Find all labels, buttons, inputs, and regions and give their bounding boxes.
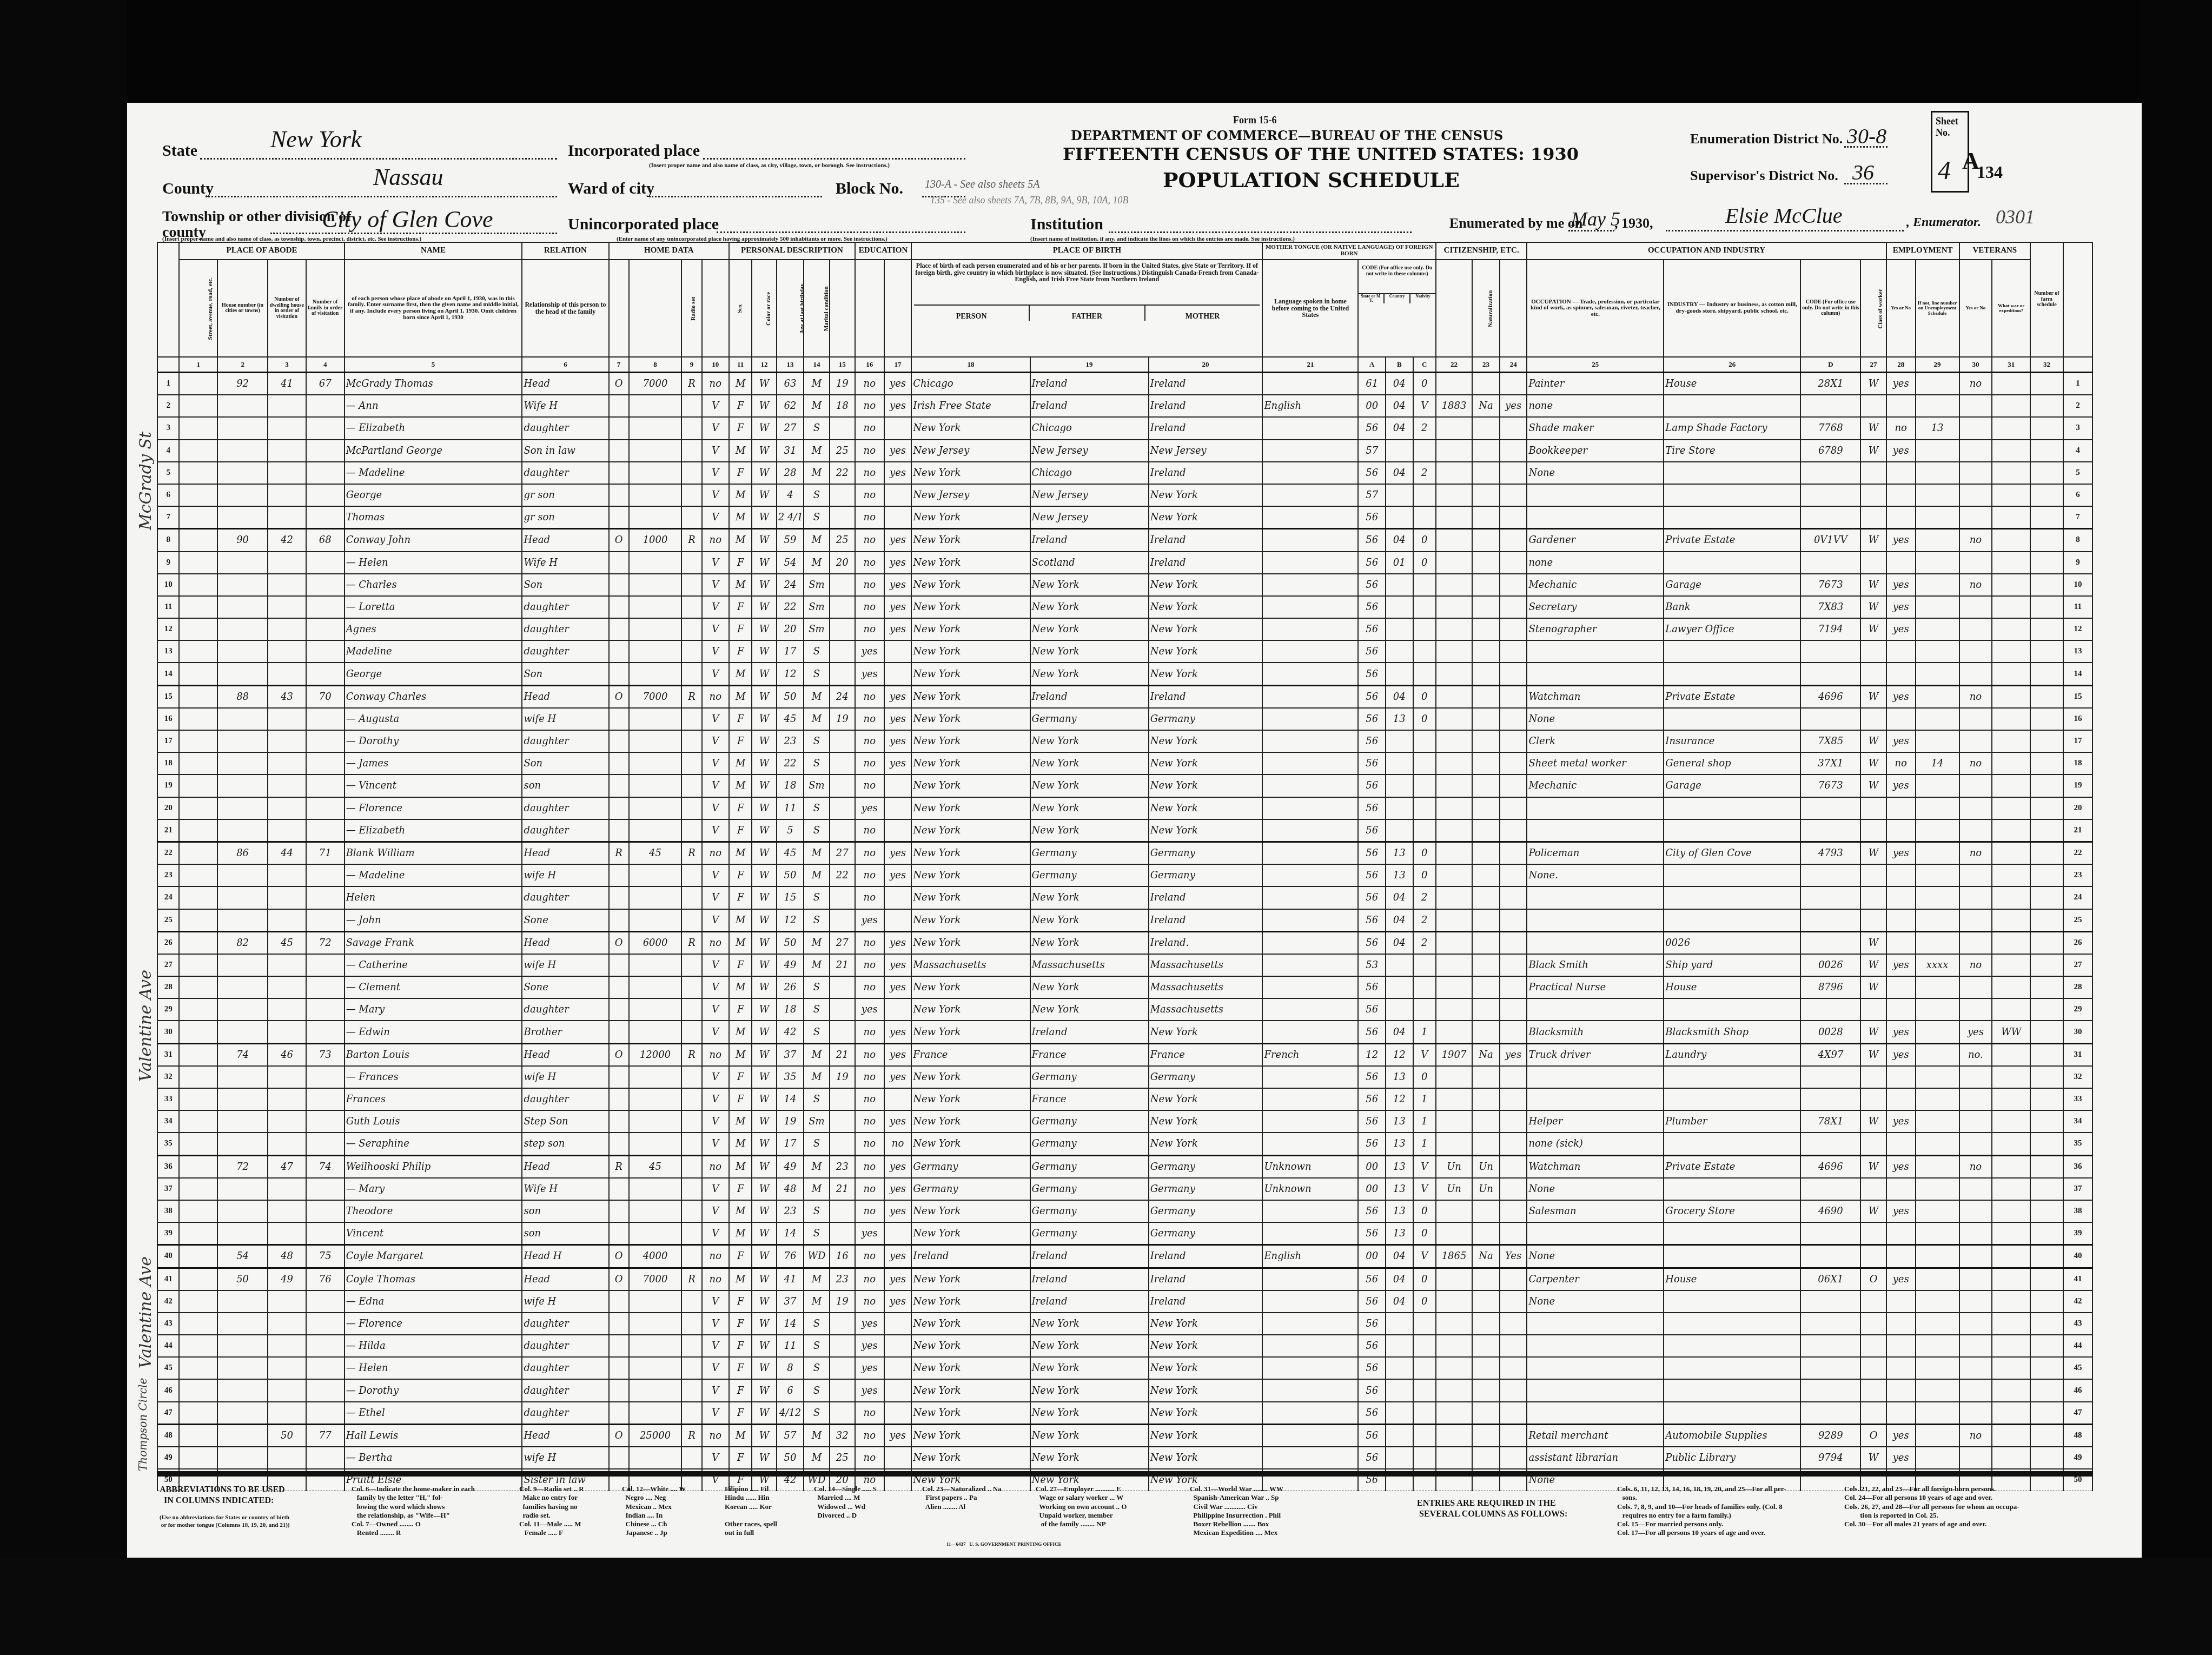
code-a-cell: 56 bbox=[1358, 552, 1386, 574]
war-cell bbox=[1992, 618, 2030, 640]
industry-cell bbox=[1664, 1066, 1800, 1088]
family-number-cell bbox=[306, 1357, 345, 1379]
line-number-right: 49 bbox=[2063, 1447, 2092, 1469]
race-cell: W bbox=[752, 819, 777, 842]
farm-cell: no bbox=[702, 1155, 730, 1178]
farm-cell: V bbox=[702, 708, 730, 730]
sex-cell: F bbox=[729, 797, 752, 819]
line-number: 39 bbox=[157, 1222, 179, 1245]
line-number: 36 bbox=[157, 1155, 179, 1178]
col-house-header: House number (in cities or towns) bbox=[217, 260, 268, 357]
birthplace-mother-cell: New York bbox=[1149, 774, 1263, 797]
speaks-english-cell bbox=[1500, 552, 1527, 574]
age-cell: 41 bbox=[777, 1268, 804, 1290]
farm-schedule-cell bbox=[2030, 484, 2063, 506]
code-a-cell: 56 bbox=[1358, 640, 1386, 663]
abbrev-col23: Col. 23—Naturalized .. Na First papers .… bbox=[922, 1485, 1002, 1511]
relation-cell: son bbox=[522, 774, 608, 797]
speaks-english-cell bbox=[1500, 1178, 1527, 1200]
owned-rented-cell: O bbox=[609, 1424, 629, 1447]
sex-cell: F bbox=[729, 998, 752, 1021]
industry-code-cell bbox=[1800, 819, 1860, 842]
column-number-row: 1 2 3 4 5 6 7 8 9 10 11 12 13 14 15 16 1… bbox=[157, 357, 2092, 373]
war-cell bbox=[1992, 1313, 2030, 1335]
home-value-cell: 7000 bbox=[629, 685, 682, 708]
sex-cell: F bbox=[729, 1335, 752, 1357]
naturalization-cell bbox=[1472, 373, 1500, 395]
census-title: FIFTEENTH CENSUS OF THE UNITED STATES: 1… bbox=[1063, 144, 1579, 164]
street-cell bbox=[179, 618, 217, 640]
house-number-cell: 54 bbox=[217, 1245, 268, 1268]
relation-cell: Wife H bbox=[522, 1178, 608, 1200]
speaks-english-cell bbox=[1500, 1402, 1527, 1425]
naturalization-cell bbox=[1472, 797, 1500, 819]
house-number-cell bbox=[217, 417, 268, 439]
code-b-cell: 04 bbox=[1386, 417, 1413, 439]
sex-cell: M bbox=[729, 1110, 752, 1133]
radio-cell bbox=[681, 1313, 701, 1335]
occupation-cell bbox=[1527, 909, 1664, 932]
occupation-cell: Mechanic bbox=[1527, 774, 1664, 797]
family-number-cell bbox=[306, 1313, 345, 1335]
industry-code-cell: 7X85 bbox=[1800, 730, 1860, 752]
marital-cell: S bbox=[804, 1133, 829, 1155]
mother-tongue-cell: English bbox=[1262, 1245, 1358, 1268]
industry-code-cell bbox=[1800, 1379, 1860, 1401]
owned-rented-cell: O bbox=[609, 1245, 629, 1268]
birthplace-mother-cell: Germany bbox=[1149, 842, 1263, 864]
school-cell: no bbox=[855, 1402, 884, 1425]
home-value-cell bbox=[629, 819, 682, 842]
read-write-cell bbox=[884, 1402, 912, 1425]
birthplace-father-cell: New York bbox=[1030, 1335, 1149, 1357]
owned-rented-cell bbox=[609, 1066, 629, 1088]
owned-rented-cell bbox=[609, 976, 629, 998]
relation-cell: step son bbox=[522, 1133, 608, 1155]
sex-cell: F bbox=[729, 618, 752, 640]
farm-schedule-cell bbox=[2030, 1357, 2063, 1379]
colnum: 15 bbox=[830, 357, 855, 373]
at-work-cell: yes bbox=[1886, 1200, 1916, 1222]
immigration-year-cell bbox=[1436, 417, 1472, 439]
birthplace-person-cell: New York bbox=[911, 1222, 1030, 1245]
at-work-cell bbox=[1886, 976, 1916, 998]
industry-code-cell: 6789 bbox=[1800, 440, 1860, 462]
farm-schedule-cell bbox=[2030, 976, 2063, 998]
read-write-cell: yes bbox=[884, 954, 912, 976]
read-write-cell: yes bbox=[884, 864, 912, 886]
line-number-right: 13 bbox=[2063, 640, 2092, 663]
age-cell: 4/12 bbox=[777, 1402, 804, 1425]
birthplace-mother-cell: New York bbox=[1149, 574, 1263, 596]
at-work-cell bbox=[1886, 1088, 1916, 1110]
line-number: 32 bbox=[157, 1066, 179, 1088]
age-cell: 50 bbox=[777, 1447, 804, 1469]
unemployment-line-cell bbox=[1916, 864, 1959, 886]
birthplace-person-cell: New York bbox=[911, 842, 1030, 864]
name-cell: Thomas bbox=[345, 506, 522, 529]
owned-rented-cell: O bbox=[609, 373, 629, 395]
age-cell: 12 bbox=[777, 663, 804, 685]
code-c-cell bbox=[1413, 1447, 1436, 1469]
home-value-cell bbox=[629, 954, 682, 976]
age-cell: 76 bbox=[777, 1245, 804, 1268]
speaks-english-cell bbox=[1500, 1088, 1527, 1110]
farm-cell: V bbox=[702, 1110, 730, 1133]
radio-cell bbox=[681, 574, 701, 596]
unemployment-line-cell bbox=[1916, 640, 1959, 663]
speaks-english-cell bbox=[1500, 417, 1527, 439]
speaks-english-cell bbox=[1500, 1155, 1527, 1178]
school-cell: no bbox=[855, 440, 884, 462]
unemployment-line-cell bbox=[1916, 552, 1959, 574]
occupation-cell bbox=[1527, 797, 1664, 819]
birthplace-father-cell: Scotland bbox=[1030, 552, 1149, 574]
occupation-cell: Practical Nurse bbox=[1527, 976, 1664, 998]
occupation-cell bbox=[1527, 506, 1664, 529]
farm-schedule-cell bbox=[2030, 998, 2063, 1021]
industry-cell: Ship yard bbox=[1664, 954, 1800, 976]
at-work-cell bbox=[1886, 1222, 1916, 1245]
age-first-marriage-cell: 21 bbox=[830, 954, 855, 976]
family-number-cell bbox=[306, 395, 345, 417]
read-write-cell: yes bbox=[884, 440, 912, 462]
radio-cell bbox=[681, 1133, 701, 1155]
scan-border-top bbox=[0, 0, 2212, 103]
name-cell: — Elizabeth bbox=[345, 819, 522, 842]
home-value-cell bbox=[629, 730, 682, 752]
code-b-cell bbox=[1386, 1379, 1413, 1401]
war-cell bbox=[1992, 1335, 2030, 1357]
war-cell bbox=[1992, 819, 2030, 842]
table-bottom-rule bbox=[157, 1471, 2093, 1477]
family-number-cell bbox=[306, 440, 345, 462]
read-write-cell: yes bbox=[884, 529, 912, 552]
naturalization-cell: Un bbox=[1472, 1155, 1500, 1178]
line-number-right: 33 bbox=[2063, 1088, 2092, 1110]
birthplace-person-cell: New York bbox=[911, 909, 1030, 932]
school-cell: no bbox=[855, 1424, 884, 1447]
unemployment-line-cell bbox=[1916, 842, 1959, 864]
owned-rented-cell bbox=[609, 954, 629, 976]
birthplace-mother-cell: New York bbox=[1149, 752, 1263, 774]
war-cell: WW bbox=[1992, 1021, 2030, 1043]
house-number-cell bbox=[217, 1200, 268, 1222]
sex-cell: M bbox=[729, 685, 752, 708]
industry-code-cell bbox=[1800, 395, 1860, 417]
county-value: Nassau bbox=[373, 163, 443, 191]
war-cell bbox=[1992, 774, 2030, 797]
industry-code-cell: 4X97 bbox=[1800, 1043, 1860, 1066]
radio-cell bbox=[681, 1088, 701, 1110]
unemployment-line-cell bbox=[1916, 819, 1959, 842]
owned-rented-cell bbox=[609, 1290, 629, 1313]
home-value-cell bbox=[629, 909, 682, 932]
enumerated-year: , 1930, bbox=[1614, 215, 1653, 231]
sex-cell: M bbox=[729, 1043, 752, 1066]
code-c-cell bbox=[1413, 640, 1436, 663]
industry-cell bbox=[1664, 1088, 1800, 1110]
occupation-cell: none bbox=[1527, 552, 1664, 574]
house-number-cell bbox=[217, 976, 268, 998]
age-first-marriage-cell: 16 bbox=[830, 1245, 855, 1268]
age-cell: 14 bbox=[777, 1088, 804, 1110]
race-cell: W bbox=[752, 440, 777, 462]
war-cell bbox=[1992, 864, 2030, 886]
street-cell bbox=[179, 886, 217, 909]
veteran-cell bbox=[1959, 462, 1992, 484]
class-of-worker-cell bbox=[1860, 1222, 1886, 1245]
school-cell: no bbox=[855, 1021, 884, 1043]
birthplace-person-cell: New York bbox=[911, 1110, 1030, 1133]
occupation-industry-header: OCCUPATION AND INDUSTRY bbox=[1527, 242, 1886, 260]
immigration-year-cell bbox=[1436, 730, 1472, 752]
veteran-cell bbox=[1959, 1110, 1992, 1133]
sex-cell: F bbox=[729, 864, 752, 886]
table-row: 485077Hall LewisHeadO25000RnoMW57M32noye… bbox=[157, 1424, 2092, 1447]
line-number-right: 18 bbox=[2063, 752, 2092, 774]
owned-rented-cell bbox=[609, 1379, 629, 1401]
dwelling-number-cell bbox=[268, 395, 306, 417]
birthplace-father-cell: New York bbox=[1030, 1447, 1149, 1469]
age-cell: 11 bbox=[777, 797, 804, 819]
read-write-cell: yes bbox=[884, 1066, 912, 1088]
birthplace-person-cell: Massachusetts bbox=[911, 954, 1030, 976]
line-number-right: 14 bbox=[2063, 663, 2092, 685]
col-war-header: What war or expedition? bbox=[1992, 260, 2030, 357]
industry-code-cell: 78X1 bbox=[1800, 1110, 1860, 1133]
industry-cell bbox=[1664, 998, 1800, 1021]
line-number: 3 bbox=[157, 417, 179, 439]
unemployment-line-cell bbox=[1916, 1424, 1959, 1447]
name-cell: McGrady Thomas bbox=[345, 373, 522, 395]
immigration-year-cell bbox=[1436, 1290, 1472, 1313]
occupation-cell: assistant librarian bbox=[1527, 1447, 1664, 1469]
birthplace-person-cell: New York bbox=[911, 1200, 1030, 1222]
marital-cell: M bbox=[804, 1447, 829, 1469]
industry-code-cell bbox=[1800, 931, 1860, 954]
farm-schedule-cell bbox=[2030, 1245, 2063, 1268]
speaks-english-cell bbox=[1500, 730, 1527, 752]
class-of-worker-cell bbox=[1860, 1178, 1886, 1200]
school-cell: no bbox=[855, 976, 884, 998]
age-cell: 12 bbox=[777, 909, 804, 932]
farm-cell: V bbox=[702, 506, 730, 529]
street-cell bbox=[179, 1313, 217, 1335]
marital-cell: S bbox=[804, 640, 829, 663]
name-cell: Hall Lewis bbox=[345, 1424, 522, 1447]
owned-rented-cell bbox=[609, 819, 629, 842]
house-number-cell: 82 bbox=[217, 931, 268, 954]
age-first-marriage-cell: 25 bbox=[830, 1447, 855, 1469]
house-number-cell: 90 bbox=[217, 529, 268, 552]
farm-schedule-cell bbox=[2030, 1447, 2063, 1469]
age-cell: 18 bbox=[777, 774, 804, 797]
age-first-marriage-cell: 22 bbox=[830, 462, 855, 484]
occupation-cell bbox=[1527, 1379, 1664, 1401]
code-c-cell: 0 bbox=[1413, 842, 1436, 864]
veteran-cell: no bbox=[1959, 842, 1992, 864]
school-cell: no bbox=[855, 708, 884, 730]
sex-cell: F bbox=[729, 1245, 752, 1268]
family-number-cell: 73 bbox=[306, 1043, 345, 1066]
industry-cell bbox=[1664, 1402, 1800, 1425]
school-cell: no bbox=[855, 1110, 884, 1133]
home-value-cell bbox=[629, 640, 682, 663]
industry-code-cell bbox=[1800, 484, 1860, 506]
home-value-cell bbox=[629, 1178, 682, 1200]
home-value-cell bbox=[629, 752, 682, 774]
family-number-cell: 71 bbox=[306, 842, 345, 864]
naturalization-cell: Un bbox=[1472, 1178, 1500, 1200]
state-line bbox=[200, 158, 557, 160]
immigration-year-cell bbox=[1436, 506, 1472, 529]
farm-cell: no bbox=[702, 1043, 730, 1066]
war-cell bbox=[1992, 1133, 2030, 1155]
radio-cell bbox=[681, 1402, 701, 1425]
family-number-cell bbox=[306, 1021, 345, 1043]
col-code-b-header: Country bbox=[1383, 294, 1409, 303]
immigration-year-cell bbox=[1436, 797, 1472, 819]
veteran-cell bbox=[1959, 484, 1992, 506]
class-of-worker-cell bbox=[1860, 909, 1886, 932]
marital-cell: S bbox=[804, 506, 829, 529]
speaks-english-cell bbox=[1500, 774, 1527, 797]
code-c-cell bbox=[1413, 1379, 1436, 1401]
speaks-english-cell bbox=[1500, 1222, 1527, 1245]
sex-cell: F bbox=[729, 640, 752, 663]
veteran-cell bbox=[1959, 909, 1992, 932]
industry-code-cell bbox=[1800, 998, 1860, 1021]
speaks-english-cell bbox=[1500, 484, 1527, 506]
house-number-cell bbox=[217, 1379, 268, 1401]
house-number-cell bbox=[217, 1424, 268, 1447]
speaks-english-cell bbox=[1500, 976, 1527, 998]
line-number-right: 3 bbox=[2063, 417, 2092, 439]
name-cell: — Edna bbox=[345, 1290, 522, 1313]
printer-mark: 11—6437 U. S. GOVERNMENT PRINTING OFFICE bbox=[946, 1541, 1062, 1547]
owned-rented-cell bbox=[609, 506, 629, 529]
age-first-marriage-cell bbox=[830, 506, 855, 529]
school-cell: no bbox=[855, 552, 884, 574]
age-first-marriage-cell bbox=[830, 1110, 855, 1133]
farm-cell: V bbox=[702, 440, 730, 462]
birthplace-person-cell: New York bbox=[911, 1290, 1030, 1313]
owned-rented-cell bbox=[609, 864, 629, 886]
naturalization-cell bbox=[1472, 574, 1500, 596]
occupation-cell: Gardener bbox=[1527, 529, 1664, 552]
school-cell: no bbox=[855, 484, 884, 506]
industry-cell bbox=[1664, 552, 1800, 574]
unincorporated-line bbox=[717, 231, 965, 233]
occupation-cell: None bbox=[1527, 1178, 1664, 1200]
name-cell: Vincent bbox=[345, 1222, 522, 1245]
sex-cell: M bbox=[729, 1222, 752, 1245]
line-number-right: 34 bbox=[2063, 1110, 2092, 1133]
age-cell: 22 bbox=[777, 596, 804, 618]
occupation-cell: None bbox=[1527, 1290, 1664, 1313]
family-number-cell bbox=[306, 774, 345, 797]
farm-cell: V bbox=[702, 1222, 730, 1245]
code-b-cell bbox=[1386, 998, 1413, 1021]
owned-rented-cell bbox=[609, 1021, 629, 1043]
marital-cell: M bbox=[804, 1178, 829, 1200]
birthplace-mother-cell: New Jersey bbox=[1149, 440, 1263, 462]
naturalization-cell bbox=[1472, 484, 1500, 506]
line-number-right: 26 bbox=[2063, 931, 2092, 954]
street-cell bbox=[179, 1447, 217, 1469]
home-value-cell bbox=[629, 1110, 682, 1133]
name-cell: Frances bbox=[345, 1088, 522, 1110]
street-cell bbox=[179, 440, 217, 462]
family-number-cell bbox=[306, 417, 345, 439]
immigration-year-cell bbox=[1436, 484, 1472, 506]
abbrev-col12b: Filipino ..... Fil Hindu ...... Hin Kore… bbox=[725, 1485, 777, 1538]
industry-cell: Garage bbox=[1664, 774, 1800, 797]
birthplace-person-cell: New York bbox=[911, 1424, 1030, 1447]
sex-cell: F bbox=[729, 886, 752, 909]
dwelling-number-cell bbox=[268, 909, 306, 932]
name-cell: — Augusta bbox=[345, 708, 522, 730]
marital-cell: M bbox=[804, 552, 829, 574]
farm-schedule-cell bbox=[2030, 842, 2063, 864]
street-cell bbox=[179, 596, 217, 618]
code-a-cell: 56 bbox=[1358, 1200, 1386, 1222]
birthplace-father-cell: New York bbox=[1030, 640, 1149, 663]
birthplace-person-cell: New York bbox=[911, 462, 1030, 484]
enumerated-label: Enumerated by me on bbox=[1449, 215, 1582, 231]
industry-code-cell: 28X1 bbox=[1800, 373, 1860, 395]
owned-rented-cell bbox=[609, 1088, 629, 1110]
race-cell: W bbox=[752, 1357, 777, 1379]
name-cell: Coyle Margaret bbox=[345, 1245, 522, 1268]
code-c-cell bbox=[1413, 1357, 1436, 1379]
unemployment-line-cell bbox=[1916, 462, 1959, 484]
table-row: 33FrancesdaughterVFW14SnoNew YorkFranceN… bbox=[157, 1088, 2092, 1110]
code-a-cell: 61 bbox=[1358, 373, 1386, 395]
farm-cell: V bbox=[702, 954, 730, 976]
farm-cell: no bbox=[702, 685, 730, 708]
read-write-cell: yes bbox=[884, 1245, 912, 1268]
col-english-header: Whether able to speak English bbox=[1500, 260, 1527, 357]
naturalization-cell bbox=[1472, 618, 1500, 640]
farm-schedule-cell bbox=[2030, 395, 2063, 417]
col-name-header: of each person whose place of abode on A… bbox=[345, 260, 522, 357]
name-cell: Madeline bbox=[345, 640, 522, 663]
owned-rented-cell bbox=[609, 1200, 629, 1222]
veteran-cell bbox=[1959, 886, 1992, 909]
read-write-cell: yes bbox=[884, 552, 912, 574]
home-value-cell bbox=[629, 417, 682, 439]
occupation-cell: Salesman bbox=[1527, 1200, 1664, 1222]
colnum: 7 bbox=[609, 357, 629, 373]
class-of-worker-cell bbox=[1860, 1402, 1886, 1425]
race-cell: W bbox=[752, 685, 777, 708]
family-number-cell bbox=[306, 864, 345, 886]
code-c-cell: 0 bbox=[1413, 864, 1436, 886]
veteran-cell bbox=[1959, 797, 1992, 819]
at-work-cell bbox=[1886, 931, 1916, 954]
code-b-cell bbox=[1386, 574, 1413, 596]
birthplace-father-cell: New Jersey bbox=[1030, 506, 1149, 529]
radio-cell bbox=[681, 976, 701, 998]
birthplace-mother-cell: Ireland bbox=[1149, 529, 1263, 552]
code-c-cell bbox=[1413, 596, 1436, 618]
speaks-english-cell bbox=[1500, 1200, 1527, 1222]
industry-code-cell: 8796 bbox=[1800, 976, 1860, 998]
birthplace-mother-cell: New York bbox=[1149, 1133, 1263, 1155]
relation-cell: Head bbox=[522, 1268, 608, 1290]
